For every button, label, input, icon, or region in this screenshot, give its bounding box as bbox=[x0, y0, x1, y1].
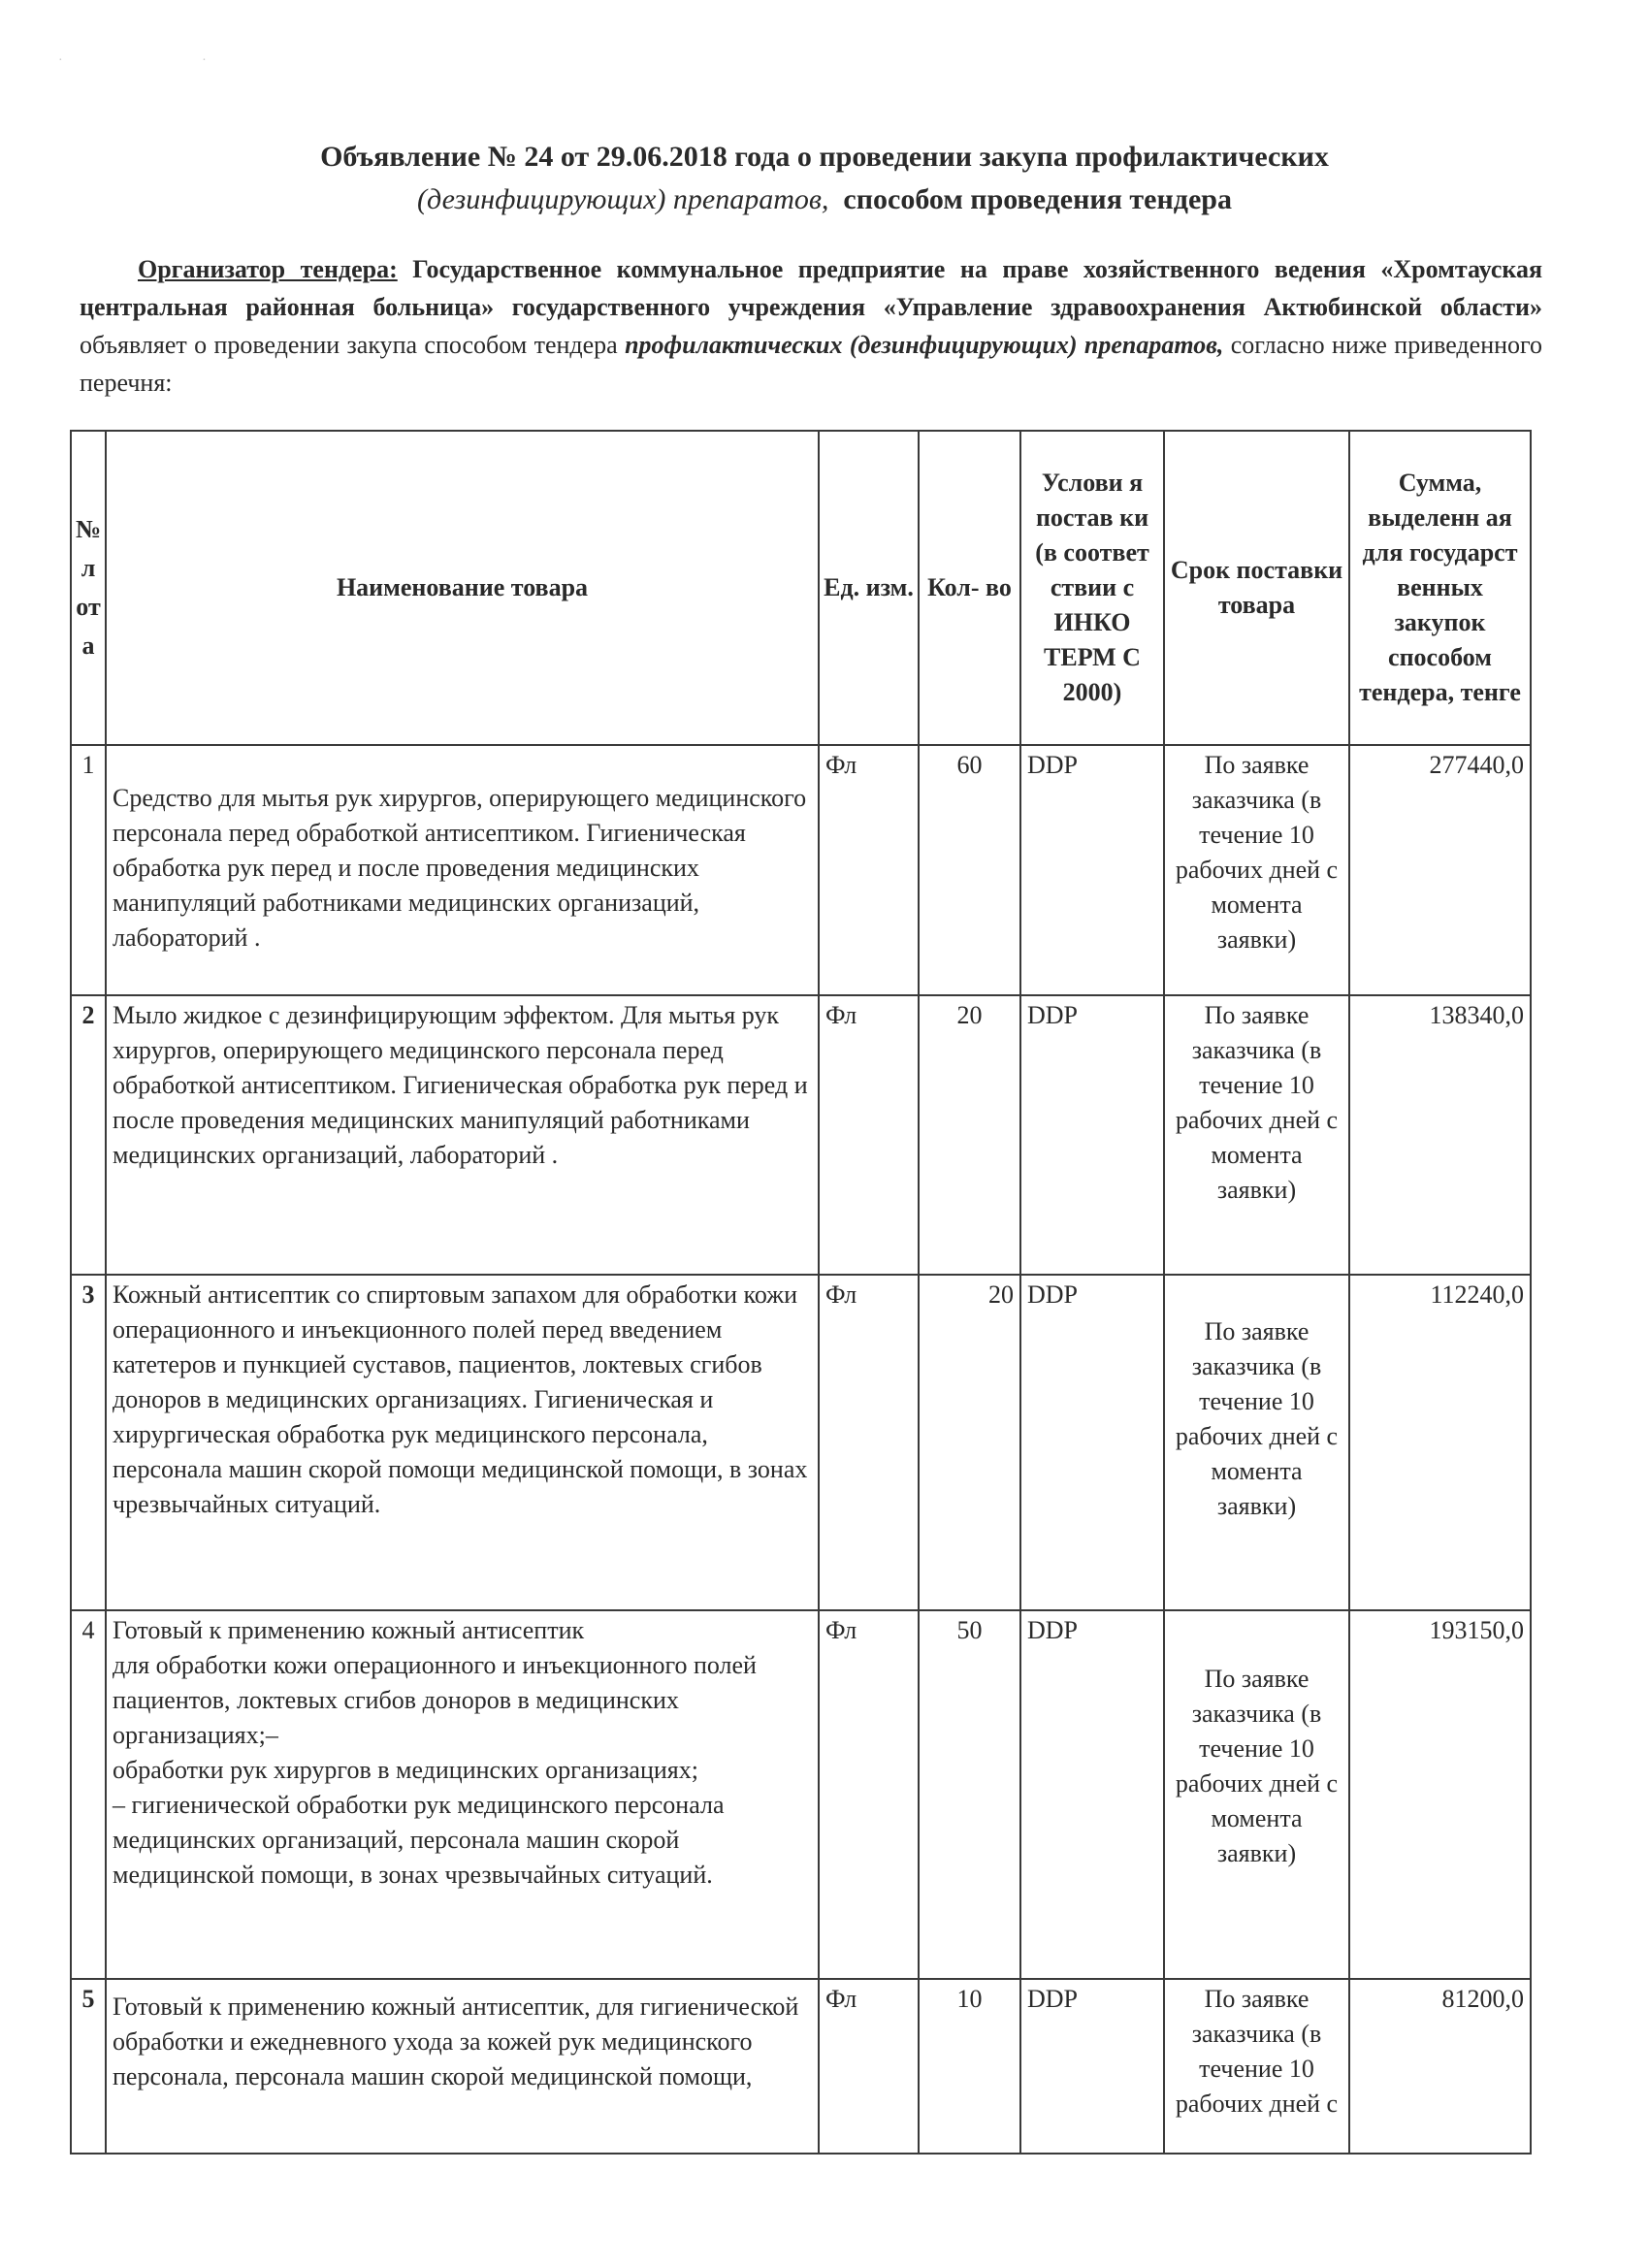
lot-name: Мыло жидкое с дезинфицирующим эффектом. … bbox=[106, 995, 819, 1275]
lot-sum: 277440,0 bbox=[1349, 745, 1531, 995]
title-method: способом проведения тендера bbox=[843, 183, 1232, 215]
lot-name: Готовый к применению кожный антисептик, … bbox=[106, 1979, 819, 2154]
table-row: 4 Готовый к применению кожный антисептик… bbox=[71, 1610, 1531, 1979]
header-qty: Кол- во bbox=[919, 431, 1020, 745]
lot-terms: DDP bbox=[1020, 745, 1164, 995]
lot-sum: 193150,0 bbox=[1349, 1610, 1531, 1979]
lot-deadline: По заявке заказчика (в течение 10 рабочи… bbox=[1164, 745, 1349, 995]
lot-unit: Фл bbox=[819, 745, 919, 995]
lot-number: 4 bbox=[71, 1610, 106, 1979]
lot-number: 5 bbox=[71, 1979, 106, 2154]
table-row: 5 Готовый к применению кожный антисептик… bbox=[71, 1979, 1531, 2154]
scan-specks: · · bbox=[58, 53, 275, 69]
lot-qty: 50 bbox=[919, 1610, 1020, 1979]
header-lot-no: № л от а bbox=[71, 431, 106, 745]
lot-terms: DDP bbox=[1020, 1275, 1164, 1610]
lot-terms: DDP bbox=[1020, 1979, 1164, 2154]
table-row: 3 Кожный антисептик со спиртовым запахом… bbox=[71, 1275, 1531, 1610]
lots-table: № л от а Наименование товара Ед. изм. Ко… bbox=[70, 430, 1532, 2155]
lot-deadline: По заявке заказчика (в течение 10 рабочи… bbox=[1164, 1275, 1349, 1610]
lot-name: Средство для мытья рук хирургов, опериру… bbox=[106, 745, 819, 995]
lot-qty: 60 bbox=[919, 745, 1020, 995]
header-unit: Ед. изм. bbox=[819, 431, 919, 745]
lot-deadline: По заявке заказчика (в течение 10 рабочи… bbox=[1164, 1610, 1349, 1979]
lot-unit: Фл bbox=[819, 995, 919, 1275]
table-row: 1 Средство для мытья рук хирургов, опери… bbox=[71, 745, 1531, 995]
announcement-title: Объявление № 24 от 29.06.2018 года о про… bbox=[0, 136, 1649, 221]
header-sum: Сумма, выделенн ая для государст венных … bbox=[1349, 431, 1531, 745]
lot-sum: 112240,0 bbox=[1349, 1275, 1531, 1610]
lot-number: 2 bbox=[71, 995, 106, 1275]
lot-deadline: По заявке заказчика (в течение 10 рабочи… bbox=[1164, 995, 1349, 1275]
lot-unit: Фл bbox=[819, 1275, 919, 1610]
lot-unit: Фл bbox=[819, 1610, 919, 1979]
table-row: 2 Мыло жидкое с дезинфицирующим эффектом… bbox=[71, 995, 1531, 1275]
title-line-1: Объявление № 24 от 29.06.2018 года о про… bbox=[0, 136, 1649, 178]
title-line-2: (дезинфицирующих) препаратов, способом п… bbox=[0, 178, 1649, 221]
intro-subject: профилактических (дезинфицирующих) препа… bbox=[625, 331, 1223, 359]
intro-paragraph: Организатор тендера: Государственное ком… bbox=[80, 250, 1542, 402]
lot-sum: 138340,0 bbox=[1349, 995, 1531, 1275]
lot-deadline: По заявке заказчика (в течение 10 рабочи… bbox=[1164, 1979, 1349, 2154]
lot-name: Кожный антисептик со спиртовым запахом д… bbox=[106, 1275, 819, 1610]
intro-middle-text: объявляет о проведении закупа способом т… bbox=[80, 331, 618, 359]
title-subject: (дезинфицирующих) препаратов, bbox=[417, 183, 828, 215]
lot-terms: DDP bbox=[1020, 995, 1164, 1275]
organizer-label: Организатор тендера: bbox=[138, 255, 398, 283]
lot-qty: 10 bbox=[919, 1979, 1020, 2154]
lot-terms: DDP bbox=[1020, 1610, 1164, 1979]
header-terms: Услови я постав ки (в соответ ствии с ИН… bbox=[1020, 431, 1164, 745]
lot-qty: 20 bbox=[919, 995, 1020, 1275]
lot-name: Готовый к применению кожный антисептик д… bbox=[106, 1610, 819, 1979]
lot-unit: Фл bbox=[819, 1979, 919, 2154]
lot-number: 1 bbox=[71, 745, 106, 995]
table-header-row: № л от а Наименование товара Ед. изм. Ко… bbox=[71, 431, 1531, 745]
header-name: Наименование товара bbox=[106, 431, 819, 745]
lot-sum: 81200,0 bbox=[1349, 1979, 1531, 2154]
lot-number: 3 bbox=[71, 1275, 106, 1610]
header-deadline: Срок поставки товара bbox=[1164, 431, 1349, 745]
lot-qty: 20 bbox=[919, 1275, 1020, 1610]
